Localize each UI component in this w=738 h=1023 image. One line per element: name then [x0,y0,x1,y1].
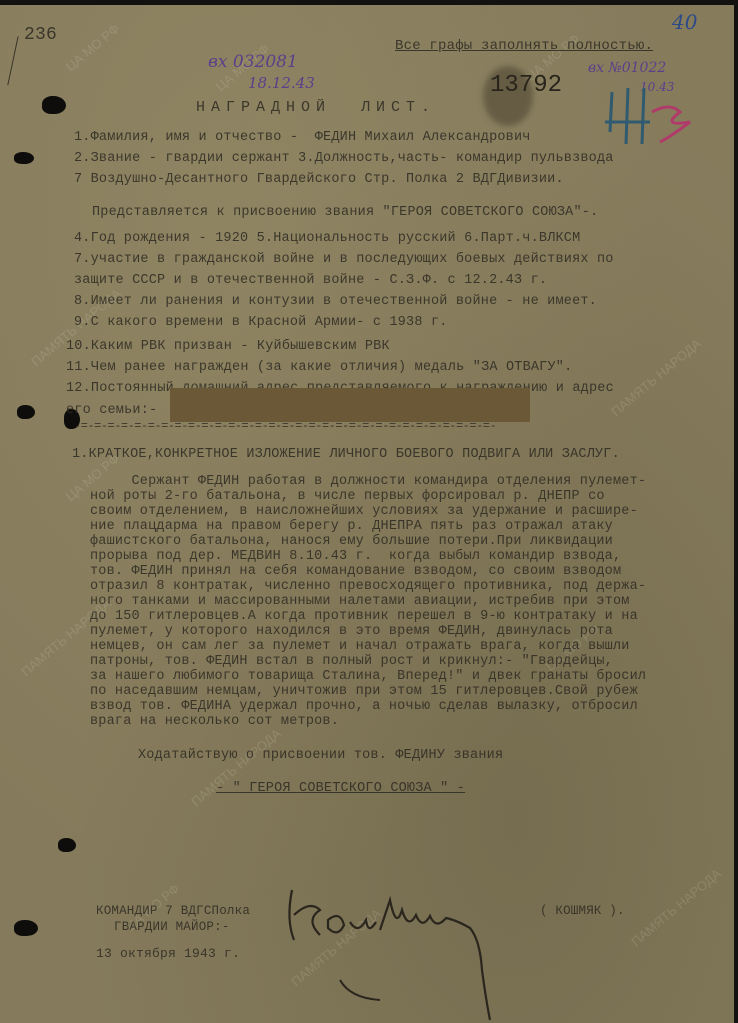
narrative-line: ного танками и массированными налетами а… [90,594,630,610]
field-2-rank-position: 2.Звание - гвардии сержант 3.Должность,ч… [74,151,614,167]
watermark: ПАМЯТЬ НАРОДА [608,336,703,420]
scan-border-right [734,0,738,1023]
binding-hole [14,152,34,164]
field-unit: 7 Воздушно-Десантного Гвардейского Стр. … [74,172,564,188]
field-8-wounds: 8.Имеет ли ранения и контузии в отечеств… [74,294,597,310]
watermark: ЦА МО РФ [63,21,122,74]
field-9-service-since: 9.С какого времени в Красной Армии- с 19… [74,315,448,331]
field-12-family: его семьи:- [66,403,157,419]
narrative-line: патроны, тов. ФЕДИН встал в полный рост … [90,654,613,670]
narrative-line: Сержант ФЕДИН работая в должности команд… [90,474,646,490]
binding-hole [14,920,38,936]
field-10-draft-office: 10.Каким РВК призван - Куйбышевским РВК [66,339,390,355]
field-11-previous-awards: 11.Чем ранее награжден (за какие отличия… [66,360,572,376]
handwritten-page-number: 40 [672,10,697,34]
field-4-birth-year: 4.Год рождения - 1920 5.Национальность р… [74,231,580,247]
scan-border-top [0,0,738,5]
narrative-line: тов. ФЕДИН принял на себя командование в… [90,564,621,580]
award-title: - " ГЕРОЯ СОВЕТСКОГО СОЮЗА " - [216,781,465,797]
petition-line: Ходатайствую о присвоении тов. ФЕДИНУ зв… [138,748,503,764]
commander-rank: ГВАРДИИ МАЙОР:- [114,919,230,935]
nomination-line: Представляется к присвоению звания "ГЕРО… [92,205,598,221]
commander-title: КОМАНДИР 7 ВДГСПолка [96,903,250,919]
separator-line: -=-=-=-=-=-=-=-=-=-=-=-=-=-=-=-=-=-=-=-=… [74,418,496,434]
binding-hole [42,96,66,114]
narrative-line: за нашего любимого товарища Сталина, Впе… [90,669,646,685]
instruction-text: Все графы заполнять полностью. [395,38,653,54]
binding-hole [17,405,35,419]
narrative-line: по наседавшим немцам, уничтожив при этом… [90,684,638,700]
narrative-line: ние плацдарма на правом берегу р. ДНЕПРА… [90,519,613,535]
field-7-continued: защите СССР и в отечественной войне - С.… [74,273,547,289]
incoming-stamp-right-number: вх №01022 [588,60,666,76]
field-1-name: 1.Фамилия, имя и отчество - ФЕДИН Михаил… [74,130,531,146]
incoming-stamp-left-number: вх 032081 [208,52,298,72]
narrative-line: своим отделением, в наисложнейших услови… [90,504,638,520]
narrative-line: отразил 8 контратак, численно превосходя… [90,579,646,595]
narrative-line: ной роты 2-го батальона, в числе первых … [90,489,605,505]
section-heading: 1.КРАТКОЕ,КОНКРЕТНОЕ ИЗЛОЖЕНИЕ ЛИЧНОГО Б… [72,447,620,463]
narrative-line: фашистского батальона, нанося ему больши… [90,534,613,550]
narrative-line: прорыва под дер. МЕДВИН 8.10.43 г. когда… [90,549,621,565]
binding-hole [58,838,76,852]
narrative-line: взвод тов. ФЕДИНА удержал прочно, а ночь… [90,699,638,715]
field-7-war-participation: 7.участие в гражданской войне и в послед… [74,252,614,268]
narrative-line: пулемет, у которого находился в это врем… [90,624,613,640]
pencil-mark [7,36,57,93]
registration-number: 13792 [490,72,562,99]
commander-name: ( КОШМЯК ). [540,903,625,919]
redacted-address [170,388,530,422]
award-sheet-scan: ЦА МО РФ ЦА МО РФ ЦА МО РФ ПАМЯТЬ НАРОДА… [0,0,738,1023]
narrative-line: до 150 гитлеровцев.А когда противник пер… [90,609,638,625]
document-title: НАГРАДНОЙ ЛИСТ. [196,100,436,116]
narrative-line: врага на несколько сот метров. [90,714,339,730]
incoming-stamp-left-date: 18.12.43 [248,74,315,92]
signature-date: 13 октября 1943 г. [96,946,240,962]
handwritten-signature [280,880,540,1023]
narrative-line: немцев, он сам лег за пулемет и начал от… [90,639,630,655]
watermark: ПАМЯТЬ НАРОДА [628,866,723,950]
resolution-marks [590,82,700,152]
